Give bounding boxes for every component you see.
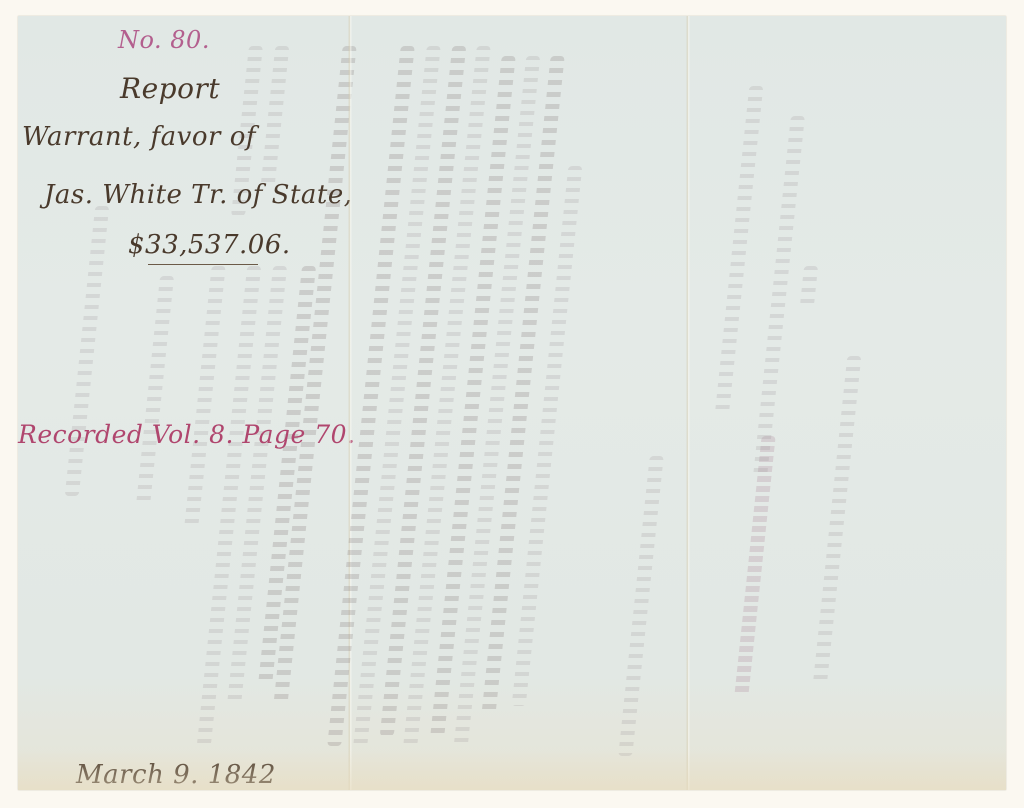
paper-stain [18, 750, 1006, 790]
recording-note: Recorded Vol. 8. Page 70. [18, 420, 355, 449]
docket-amount: $33,537.06. [128, 230, 291, 260]
bleed-through-mark [184, 266, 225, 526]
bleed-through-mark [715, 86, 764, 416]
docket-number: No. 80. [118, 26, 210, 54]
amount-underline [148, 264, 258, 265]
bleed-through-mark [261, 46, 290, 186]
bleed-through-mark [753, 116, 805, 476]
docket-subject: Warrant, favor of [22, 122, 256, 152]
document-sheet: No. 80. Report Warrant, favor of Jas. Wh… [18, 16, 1006, 790]
bleed-through-mark [136, 276, 174, 506]
bleed-through-mark [800, 266, 818, 306]
left-panel: No. 80. Report Warrant, favor of Jas. Wh… [18, 16, 350, 790]
bleed-through-mark [813, 356, 862, 686]
bleed-through-mark [65, 206, 109, 496]
center-panel [350, 16, 690, 790]
docket-payee: Jas. White Tr. of State, [44, 180, 353, 210]
right-panel [690, 16, 1006, 790]
docket-heading: Report [120, 72, 220, 105]
bleed-through-mark [618, 456, 664, 756]
